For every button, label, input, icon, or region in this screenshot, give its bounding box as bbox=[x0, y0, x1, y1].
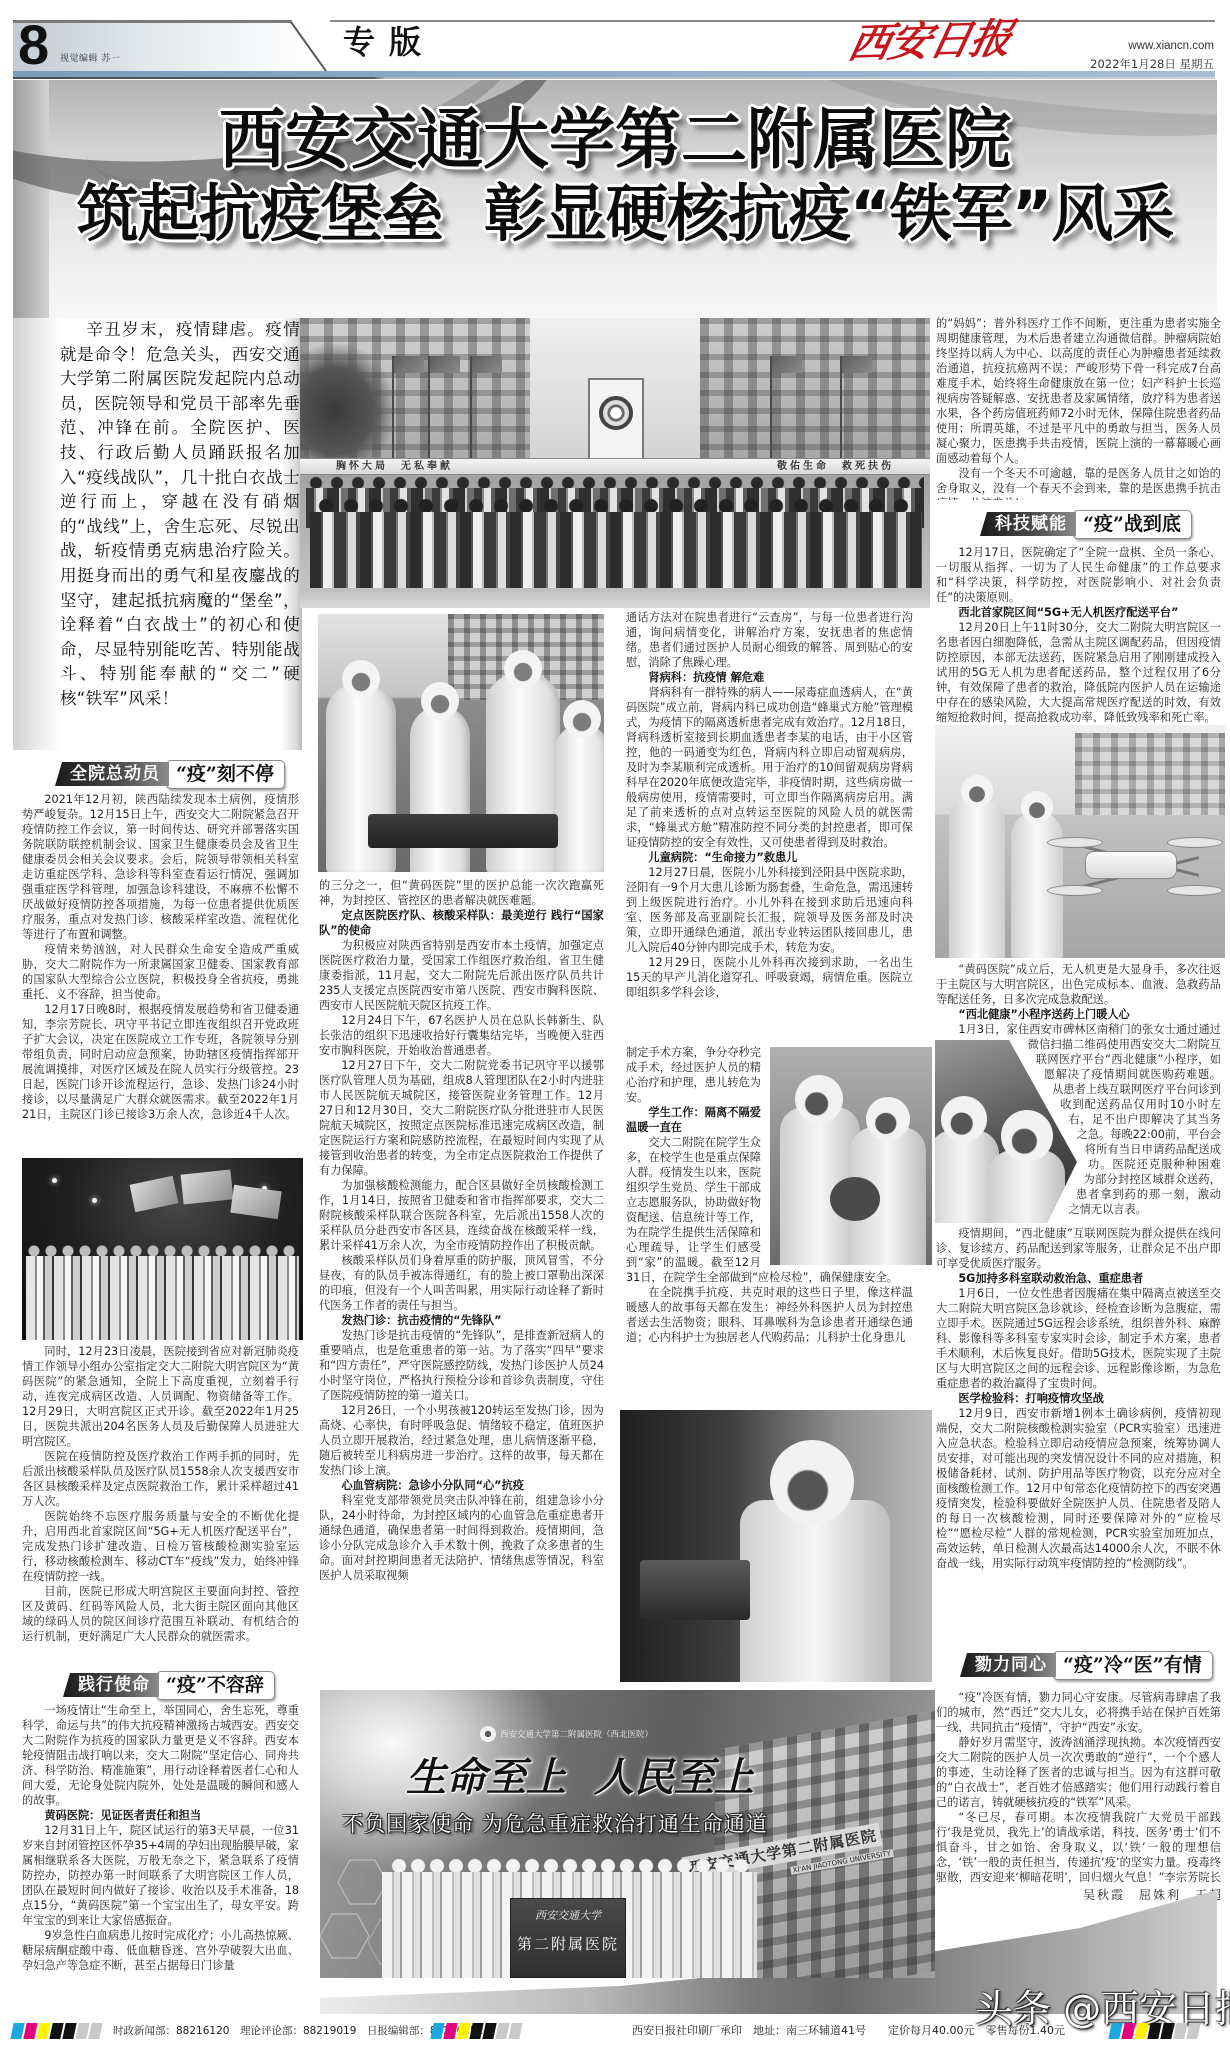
magenta-block bbox=[443, 2023, 457, 2039]
paragraph: 的三分之一，但“黄码医院”里的医护总能一次次跑赢死神，为封控区、管控区的患者解决… bbox=[319, 878, 604, 908]
photo-nurses-with-child bbox=[770, 1047, 932, 1265]
flag-icon bbox=[470, 356, 472, 468]
paragraph: 在全院携手抗疫、共克时艰的这些日子里，像这样温暖感人的故事每天都在发生：神经外科… bbox=[626, 1285, 913, 1345]
poster-life-first-people-first: 西安交通大学第二附属医院 XI'AN JIAOTONG UNIVERSITY 西… bbox=[320, 1690, 935, 1978]
section-header-solidarity: 勠力同心 “疫”冷“医”有情 bbox=[960, 1650, 1213, 1680]
page-number: 8 bbox=[18, 18, 49, 72]
drone-rotor bbox=[1047, 885, 1103, 896]
black-block bbox=[1160, 2023, 1174, 2039]
article-column-d1: 的“妈妈”；普外科医疗工作不间断，更注重为患者实施全周期健康管理，为术后患者建立… bbox=[936, 316, 1221, 500]
footer-contacts: 时政新闻部：88216120 理论评论部：88219019 日报编辑部：8821… bbox=[113, 2022, 483, 2040]
paragraph: 同时，12月23日凌晨，医院接到省应对新冠肺炎疫情工作领导小组办公室指定交大二附… bbox=[22, 1344, 299, 1449]
banner-text-right: 敬佑生命 救死扶伤 bbox=[777, 459, 894, 474]
magenta-block bbox=[23, 2023, 37, 2039]
patient-stretcher bbox=[368, 814, 558, 848]
gray-block bbox=[1173, 2023, 1187, 2039]
registration-color-blocks bbox=[1110, 2023, 1199, 2039]
flag-icon bbox=[181, 1169, 234, 1204]
gray-block bbox=[495, 2023, 509, 2039]
paragraph: 科室党支部带领党员突击队冲锋在前，组建急诊小分队，24小时待命，为封控区域内的心… bbox=[319, 1493, 604, 1583]
photo-medics-treating-patient bbox=[318, 614, 604, 872]
drone-rotor bbox=[1167, 885, 1223, 896]
flag-icon bbox=[840, 356, 842, 468]
yellow-block bbox=[1134, 2023, 1148, 2039]
subheading: 发热门诊：抗击疫情的“先锋队” bbox=[319, 1313, 604, 1328]
photo-counter bbox=[640, 1560, 750, 1620]
cyan-block bbox=[10, 2023, 24, 2039]
paragraph: 为加强核酸检测能力，配合区县做好全员核酸检测工作，1月14日，按照省卫健委和省市… bbox=[319, 1178, 604, 1253]
drone-icon bbox=[1085, 851, 1177, 879]
paragraph: 2021年12月初，陕西陆续发现本土病例，疫情形势严峻复杂。12月15日上午，西… bbox=[22, 792, 299, 942]
section-header-technology: 科技赋能 “疫”战到底 bbox=[980, 509, 1192, 539]
newspaper-logo: 西安日报 bbox=[843, 9, 1017, 73]
medic-hood bbox=[866, 1097, 910, 1141]
cyan-block bbox=[430, 2023, 444, 2039]
subheading: 心血管病院：急诊小分队同“心”抗疫 bbox=[319, 1478, 604, 1493]
flag-icon bbox=[130, 1176, 179, 1213]
paragraph: 12月31日上午，院区试运行的第3天早晨，一位31岁来自封闭管控区怀孕35+4周… bbox=[22, 1823, 299, 1928]
flag-icon bbox=[230, 1185, 281, 1219]
paragraph: 一场疫情让“生命至上，举国同心，舍生忘死，尊重科学，命运与共”的伟大抗疫精神激扬… bbox=[22, 1703, 299, 1808]
masthead-underline bbox=[13, 77, 1215, 79]
article-column-b1: 的三分之一，但“黄码医院”里的医护总能一次次跑赢死神，为封控区、管控区的患者解决… bbox=[319, 878, 604, 1688]
section-slogan: “疫”战到底 bbox=[1073, 510, 1192, 539]
photo-building bbox=[1075, 733, 1225, 815]
subheading: 肾病科：抗疫情 解危难 bbox=[626, 670, 913, 685]
subheading: 5G加持多科室联动救治急、重症患者 bbox=[936, 1271, 1221, 1286]
flag-hospital-name: 第二附属医院 bbox=[511, 1933, 625, 1954]
paragraph: 12月26日，一个小男孩被120转运至发热门诊，因为高烧、心率快，有时呼吸急促、… bbox=[319, 1403, 604, 1478]
article-column-d5: “疫”冷医有情，勠力同心守安康。尽管病毒肆虐了我们的城市，然“西迁”交大儿女，必… bbox=[936, 1690, 1221, 1885]
paragraph: 医院在疫情防控及医疗救治工作两手抓的同时，先后派出核酸采样队员及医疗队员1558… bbox=[22, 1449, 299, 1509]
paragraph: 肾病科有一群特殊的病人——尿毒症血透病人，在“黄码医院”成立前，肾病内科已成功创… bbox=[626, 685, 913, 850]
hospital-sign bbox=[588, 378, 644, 460]
child-figure bbox=[830, 1177, 880, 1221]
gray-block bbox=[1186, 2023, 1200, 2039]
subheading: 医学检验科：打响疫情攻坚战 bbox=[936, 1391, 1221, 1406]
paragraph: 12月20日上午11时30分，交大二附院大明宫院区一名患者因白细胞降低，急需从主… bbox=[936, 620, 1221, 725]
crowd bbox=[26, 1256, 299, 1340]
section-slogan: “疫”刻不停 bbox=[166, 760, 285, 789]
medic-hood bbox=[1001, 1110, 1053, 1162]
photo-nurse-in-protective-suit bbox=[620, 1410, 932, 1682]
flag-icon bbox=[770, 356, 772, 468]
subheading: “西北健康”小程序送药上门暖人心 bbox=[936, 1007, 1221, 1022]
poster-subtitle: 不负国家使命 为危急重症救治打通生命通道 bbox=[320, 1810, 790, 1838]
article-column-a3: 一场疫情让“生命至上，举国同心，舍生忘死，尊重科学，命运与共”的伟大抗疫精神激扬… bbox=[22, 1703, 299, 2005]
medic-hood bbox=[770, 1440, 854, 1524]
paragraph: 12月24日下午，67名医护人员在总队长韩新生、队长张洁的组织下迅速收拾好行囊集… bbox=[319, 1013, 604, 1058]
section-tab: 践行使命 bbox=[63, 1673, 159, 1697]
gray-block bbox=[88, 2023, 102, 2039]
subheading: 儿童病院：“生命接力”救患儿 bbox=[626, 850, 913, 865]
photo-5g-drone-delivery bbox=[935, 725, 1225, 958]
crowd-front-row bbox=[310, 512, 922, 588]
paragraph: “冬已尽，春可期。本次疫情我院广大党员干部践行‘我是党员，我先上’的请战承诺，科… bbox=[936, 1810, 1221, 1885]
photo-slogan-banner: 胸怀大局 无私奉献 敬佑生命 救死扶伤 bbox=[300, 458, 930, 475]
subheading: 定点医院医疗队、核酸采样队：最美逆行 践行“国家队”的使命 bbox=[319, 908, 604, 938]
photo-staff-group-ceremony: 胸怀大局 无私奉献 敬佑生命 救死扶伤 bbox=[300, 318, 930, 608]
intro-lead-paragraph: 辛丑岁末，疫情肆虐。疫情就是命令！危急关头，西安交通大学第二附属医院发起院内总动… bbox=[60, 318, 300, 712]
hospital-emblem-icon bbox=[599, 396, 633, 430]
paragraph: 疫情期间，“西北健康”互联网医院为群众提供在线问诊、复诊续方、药品配送到家等服务… bbox=[936, 1226, 1221, 1271]
article-column-a2: 同时，12月23日凌晨，医院接到省应对新冠肺炎疫情工作领导小组办公室指定交大二附… bbox=[22, 1344, 299, 1662]
medic-figure bbox=[1011, 811, 1063, 958]
photo-ground bbox=[300, 588, 930, 608]
paragraph: 9岁急性白血病患儿按时完成化疗；小儿高热惊厥、糖尿病酮症酸中毒、低血糖昏迷、宫外… bbox=[22, 1928, 299, 1973]
yellow-block bbox=[36, 2023, 50, 2039]
masthead-band bbox=[13, 23, 313, 71]
flag-icon bbox=[428, 356, 430, 468]
black-block bbox=[469, 2023, 483, 2039]
gray-block bbox=[75, 2023, 89, 2039]
visual-editor-credit: 视觉编辑 苏一 bbox=[60, 51, 120, 64]
section-tab: 勠力同心 bbox=[960, 1653, 1056, 1677]
paragraph: “疫”冷医有情，勠力同心守安康。尽管病毒肆虐了我们的城市，然“西迁”交大儿女，必… bbox=[936, 1690, 1221, 1735]
photo-light bbox=[92, 1198, 97, 1203]
paragraph: 1月6日，一位女性患者因腹痛在集中隔离点被送至交大二附院大明宫院区急诊就诊，经检… bbox=[936, 1286, 1221, 1391]
poster-team-flag: 西安交通大学 第二附属医院 bbox=[510, 1898, 626, 1978]
photo-night-team-with-flags bbox=[22, 1158, 303, 1340]
hospital-emblem-icon bbox=[480, 1726, 496, 1742]
website-url: www.xiancn.com bbox=[1128, 40, 1214, 52]
cyan-block bbox=[1108, 2023, 1122, 2039]
yellow-block bbox=[456, 2023, 470, 2039]
masthead-rule-right bbox=[330, 20, 1215, 22]
issue-date: 2022年1月28日 星期五 bbox=[1090, 56, 1214, 72]
black-block bbox=[62, 2023, 76, 2039]
subheading: 黄码医院：见证医者责任和担当 bbox=[22, 1808, 299, 1823]
paragraph: 的“妈妈”；普外科医疗工作不间断，更注重为患者实施全周期健康管理，为术后患者建立… bbox=[936, 316, 1221, 466]
flag-university-name: 西安交通大学 bbox=[511, 1907, 625, 1923]
gray-block bbox=[508, 2023, 522, 2039]
subheading: 西北首家院区间“5G+无人机医疗配送平台” bbox=[936, 605, 1221, 620]
section-slogan: “疫”冷“医”有情 bbox=[1053, 1651, 1213, 1680]
paragraph: 目前，医院已形成大明宫院区主要面向封控、管控区及黄码、红码等风险人员，北大街主院… bbox=[22, 1584, 299, 1644]
paragraph: 12月17日，医院确定了“全院一盘棋、全员一条心、一切服从指挥、一切为了人民生命… bbox=[936, 545, 1221, 605]
registration-color-blocks bbox=[432, 2023, 521, 2039]
article-column-d4: 疫情期间，“西北健康”互联网医院为群众提供在线问诊、复诊续方、药品配送到家等服务… bbox=[936, 1226, 1221, 1648]
section-name: 专版 bbox=[343, 23, 435, 61]
poster-logo-text: 西安交通大学第二附属医院（西北医院） bbox=[500, 1728, 653, 1740]
section-header-mobilization: 全院总动员 “疫”刻不停 bbox=[55, 759, 285, 789]
paragraph: 核酸采样队员们身着厚重的防护服，顶风冒雪，不分昼夜，有的队员手被冻得通红，有的脸… bbox=[319, 1253, 604, 1313]
photo-building-right bbox=[700, 318, 930, 468]
paragraph: “黄码医院”成立后，无人机更是大显身手，多次往返于主院区与大明宫院区，出色完成标… bbox=[936, 962, 1221, 1007]
headline-primary: 西安交通大学第二附属医院 bbox=[0, 104, 1230, 176]
paragraph: 12月17日晚8时，根据疫情发展趋势和省卫健委通知，李宗芳院长、巩守平书记立即连… bbox=[22, 1002, 299, 1122]
medic-hood bbox=[795, 1075, 843, 1123]
paragraph: 12月27日下午，交大二附院党委书记巩守平以援鄂医疗队管理人员为基础，组成8人管… bbox=[319, 1058, 604, 1178]
section-tab: 全院总动员 bbox=[55, 762, 169, 786]
medic-figure bbox=[740, 1500, 890, 1682]
footer-printer-info: 西安日报社印刷厂承印 地址：南三环辅道41号 定价每月40.00元 零售每份1.… bbox=[632, 2022, 1065, 2040]
article-column-d2: 12月17日，医院确定了“全院一盘棋、全员一条心、一切服从指挥、一切为了人民生命… bbox=[936, 545, 1221, 727]
banner-text-left: 胸怀大局 无私奉献 bbox=[336, 459, 453, 474]
section-header-mission: 践行使命 “疫”不容辞 bbox=[63, 1670, 275, 1700]
section-tab: 科技赋能 bbox=[980, 512, 1076, 536]
article-column-c1: 通话方法对在院患者进行“云查房”，与每一位患者进行沟通，询问病情变化，讲解治疗方… bbox=[626, 610, 913, 1044]
drone-rotor bbox=[1047, 837, 1103, 848]
poster-slogan: 生命至上 人民至上 bbox=[380, 1754, 780, 1802]
paragraph: 12月27日晨，医院小儿外科接到泾阳县中医院求助，泾阳有一9个月大患儿诊断为肠套… bbox=[626, 865, 913, 955]
black-block bbox=[1147, 2023, 1161, 2039]
paragraph: 12月29日，医院小儿外科再次接到求助，一名出生15天的早产儿消化道穿孔、呼吸衰… bbox=[626, 955, 913, 1000]
medic-hood bbox=[941, 1096, 987, 1142]
medic-figure bbox=[949, 795, 1005, 958]
black-block bbox=[482, 2023, 496, 2039]
flag-icon bbox=[392, 356, 394, 468]
paragraph: 医院始终不忘医疗服务质量与安全的不断优化提升，启用西北首家院区间“5G+无人机医… bbox=[22, 1509, 299, 1584]
registration-color-blocks bbox=[12, 2023, 101, 2039]
black-block bbox=[49, 2023, 63, 2039]
drone-rotor bbox=[1167, 837, 1223, 848]
magenta-block bbox=[1121, 2023, 1135, 2039]
masthead-rule-left bbox=[13, 20, 292, 23]
paragraph: 静好岁月需坚守，波涛汹涌浮现执拗。本次疫情西安交大二附院的医护人员一次次勇敢的“… bbox=[936, 1735, 1221, 1810]
paragraph: 疫情来势汹汹，对人民群众生命安全造成严重威胁，交大二附院作为一所隶属国家卫健委、… bbox=[22, 942, 299, 1002]
paragraph: 通话方法对在院患者进行“云查房”，与每一位患者进行沟通，询问病情变化，讲解治疗方… bbox=[626, 610, 913, 670]
paragraph: 为积极应对陕西省特别是西安市本土疫情，加强定点医院医疗救治力量，受国家工作组医疗… bbox=[319, 938, 604, 1013]
photo-light bbox=[52, 1178, 57, 1183]
paragraph: 12月9日，西安市新增1例本土确诊病例，疫情初现端倪，交大二附院核酸检测实验室（… bbox=[936, 1406, 1221, 1571]
headline-secondary: 筑起抗疫堡垒 彰显硬核抗疫“铁军”风采 bbox=[10, 178, 1230, 250]
article-column-a1: 2021年12月初，陕西陆续发现本土病例，疫情形势严峻复杂。12月15日上午，西… bbox=[22, 792, 299, 1154]
medic-figure bbox=[554, 724, 604, 872]
section-slogan: “疫”不容辞 bbox=[156, 1671, 275, 1700]
paragraph: 发热门诊是抗击疫情的“先锋队”，是排查新冠病人的重要哨点，也是危重患者的第一站。… bbox=[319, 1328, 604, 1403]
paragraph: 没有一个冬天不可逾越，靠的是医务人员甘之如饴的舍身取义，没有一个春天不会到来，靠… bbox=[936, 466, 1221, 500]
